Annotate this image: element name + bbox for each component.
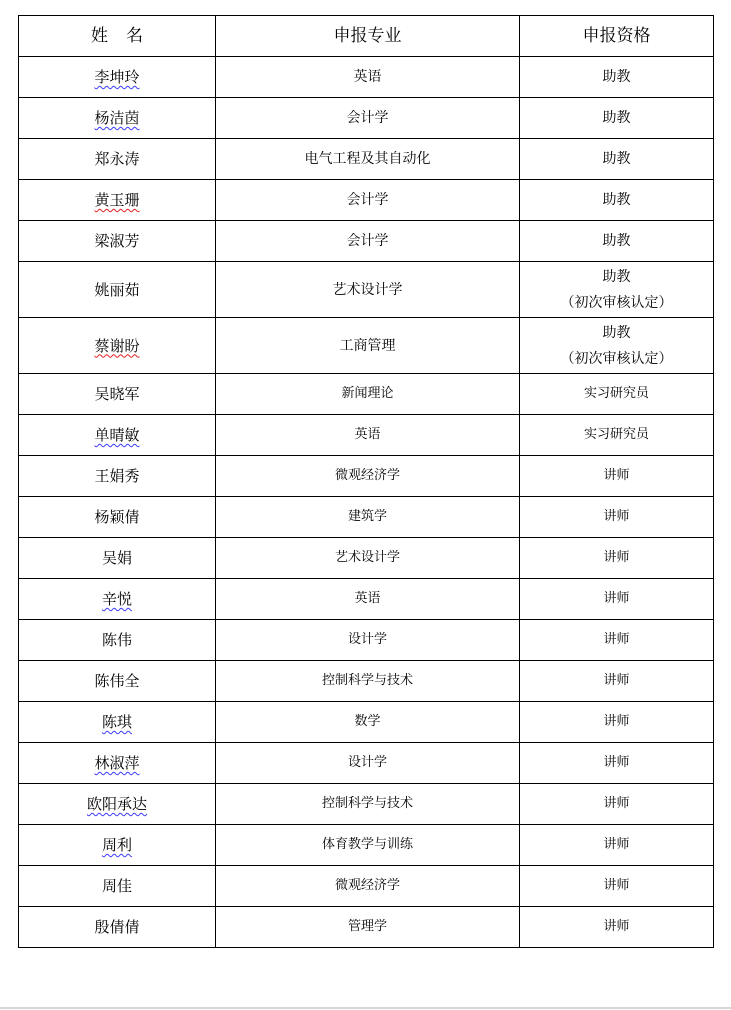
cell-major: 会计学 — [216, 98, 520, 139]
qualification-line: 助教 — [520, 146, 713, 172]
cell-major: 会计学 — [216, 180, 520, 221]
cell-qualification: 助教 — [520, 139, 714, 180]
qualification-line: 讲师 — [520, 463, 713, 489]
qualification-line: 助教 — [520, 64, 713, 90]
qualification-line: 讲师 — [520, 832, 713, 858]
cell-name: 郑永涛 — [19, 139, 216, 180]
cell-major: 管理学 — [216, 907, 520, 948]
cell-major: 数学 — [216, 702, 520, 743]
applicant-name: 吴娟 — [102, 549, 132, 567]
cell-name: 周佳 — [19, 866, 216, 907]
cell-major: 控制科学与技术 — [216, 661, 520, 702]
table-row: 陈伟全控制科学与技术讲师 — [19, 661, 714, 702]
cell-major: 新闻理论 — [216, 374, 520, 415]
header-name: 姓名 — [19, 16, 216, 57]
cell-qualification: 讲师 — [520, 456, 714, 497]
table-row: 杨洁茵会计学助教 — [19, 98, 714, 139]
header-row: 姓名 申报专业 申报资格 — [19, 16, 714, 57]
cell-qualification: 助教 — [520, 98, 714, 139]
applicant-name: 陈琪 — [102, 713, 132, 731]
cell-name: 姚丽茹 — [19, 262, 216, 318]
cell-name: 陈琪 — [19, 702, 216, 743]
qualification-line: 讲师 — [520, 586, 713, 612]
qualification-line: 助教 — [520, 320, 713, 346]
cell-name: 林淑萍 — [19, 743, 216, 784]
cell-name: 梁淑芳 — [19, 221, 216, 262]
cell-major: 会计学 — [216, 221, 520, 262]
applicant-name: 黄玉珊 — [94, 191, 139, 209]
table-row: 单晴敏英语实习研究员 — [19, 415, 714, 456]
table-row: 吴娟艺术设计学讲师 — [19, 538, 714, 579]
table-row: 殷倩倩管理学讲师 — [19, 907, 714, 948]
applicant-name: 辛悦 — [102, 590, 132, 608]
table-row: 李坤玲英语助教 — [19, 57, 714, 98]
applicant-name: 殷倩倩 — [94, 918, 139, 936]
applicant-name: 李坤玲 — [94, 68, 139, 86]
applicant-name: 蔡谢盼 — [94, 337, 139, 355]
cell-qualification: 助教（初次审核认定） — [520, 318, 714, 374]
qualification-line: 讲师 — [520, 504, 713, 530]
cell-name: 陈伟全 — [19, 661, 216, 702]
qualification-line: 讲师 — [520, 750, 713, 776]
cell-major: 艺术设计学 — [216, 262, 520, 318]
cell-major: 体育教学与训练 — [216, 825, 520, 866]
cell-qualification: 讲师 — [520, 497, 714, 538]
cell-qualification: 助教 — [520, 221, 714, 262]
cell-qualification: 实习研究员 — [520, 415, 714, 456]
cell-name: 辛悦 — [19, 579, 216, 620]
table-row: 郑永涛电气工程及其自动化助教 — [19, 139, 714, 180]
applicant-name: 周佳 — [102, 877, 132, 895]
cell-name: 吴娟 — [19, 538, 216, 579]
cell-major: 艺术设计学 — [216, 538, 520, 579]
cell-name: 陈伟 — [19, 620, 216, 661]
cell-qualification: 讲师 — [520, 620, 714, 661]
table-row: 梁淑芳会计学助教 — [19, 221, 714, 262]
cell-name: 吴晓军 — [19, 374, 216, 415]
cell-name: 李坤玲 — [19, 57, 216, 98]
applicant-name: 林淑萍 — [94, 754, 139, 772]
applicant-table: 姓名 申报专业 申报资格 李坤玲英语助教杨洁茵会计学助教郑永涛电气工程及其自动化… — [18, 15, 714, 948]
applicant-name: 陈伟 — [102, 631, 132, 649]
cell-name: 黄玉珊 — [19, 180, 216, 221]
header-major: 申报专业 — [216, 16, 520, 57]
applicant-name: 陈伟全 — [94, 672, 139, 690]
cell-major: 英语 — [216, 579, 520, 620]
cell-qualification: 讲师 — [520, 743, 714, 784]
cell-qualification: 实习研究员 — [520, 374, 714, 415]
qualification-line: 助教 — [520, 105, 713, 131]
cell-qualification: 助教（初次审核认定） — [520, 262, 714, 318]
applicant-name: 吴晓军 — [94, 385, 139, 403]
qualification-line: 讲师 — [520, 545, 713, 571]
cell-qualification: 讲师 — [520, 538, 714, 579]
table-row: 陈琪数学讲师 — [19, 702, 714, 743]
cell-qualification: 讲师 — [520, 866, 714, 907]
qualification-line: （初次审核认定） — [520, 290, 713, 316]
cell-name: 杨颖倩 — [19, 497, 216, 538]
cell-name: 殷倩倩 — [19, 907, 216, 948]
qualification-line: 讲师 — [520, 914, 713, 940]
qualification-line: 讲师 — [520, 791, 713, 817]
cell-name: 杨洁茵 — [19, 98, 216, 139]
cell-major: 微观经济学 — [216, 866, 520, 907]
cell-major: 工商管理 — [216, 318, 520, 374]
applicant-name: 郑永涛 — [94, 150, 139, 168]
cell-major: 设计学 — [216, 743, 520, 784]
cell-major: 英语 — [216, 57, 520, 98]
cell-qualification: 助教 — [520, 57, 714, 98]
cell-qualification: 讲师 — [520, 907, 714, 948]
qualification-line: 实习研究员 — [520, 422, 713, 448]
qualification-line: 助教 — [520, 264, 713, 290]
cell-major: 英语 — [216, 415, 520, 456]
cell-major: 微观经济学 — [216, 456, 520, 497]
applicant-name: 杨颖倩 — [94, 508, 139, 526]
table-row: 吴晓军新闻理论实习研究员 — [19, 374, 714, 415]
applicant-name: 欧阳承达 — [87, 795, 147, 813]
applicant-name: 王娟秀 — [94, 467, 139, 485]
cell-qualification: 讲师 — [520, 702, 714, 743]
qualification-line: 讲师 — [520, 709, 713, 735]
table-row: 陈伟设计学讲师 — [19, 620, 714, 661]
applicant-name: 梁淑芳 — [94, 232, 139, 250]
cell-qualification: 讲师 — [520, 661, 714, 702]
qualification-line: 助教 — [520, 228, 713, 254]
header-qualification: 申报资格 — [520, 16, 714, 57]
applicant-name: 杨洁茵 — [94, 109, 139, 127]
qualification-line: （初次审核认定） — [520, 346, 713, 372]
page-edge-divider — [0, 1007, 731, 1009]
table-row: 姚丽茹艺术设计学助教（初次审核认定） — [19, 262, 714, 318]
table-row: 周佳微观经济学讲师 — [19, 866, 714, 907]
qualification-line: 讲师 — [520, 668, 713, 694]
table-row: 蔡谢盼工商管理助教（初次审核认定） — [19, 318, 714, 374]
qualification-line: 讲师 — [520, 873, 713, 899]
table-row: 林淑萍设计学讲师 — [19, 743, 714, 784]
cell-name: 蔡谢盼 — [19, 318, 216, 374]
cell-name: 周利 — [19, 825, 216, 866]
table-row: 杨颖倩建筑学讲师 — [19, 497, 714, 538]
table-row: 黄玉珊会计学助教 — [19, 180, 714, 221]
cell-major: 建筑学 — [216, 497, 520, 538]
cell-name: 欧阳承达 — [19, 784, 216, 825]
cell-major: 控制科学与技术 — [216, 784, 520, 825]
qualification-line: 实习研究员 — [520, 381, 713, 407]
table-row: 辛悦英语讲师 — [19, 579, 714, 620]
cell-major: 电气工程及其自动化 — [216, 139, 520, 180]
table-row: 欧阳承达控制科学与技术讲师 — [19, 784, 714, 825]
qualification-line: 讲师 — [520, 627, 713, 653]
table-row: 周利体育教学与训练讲师 — [19, 825, 714, 866]
cell-qualification: 讲师 — [520, 784, 714, 825]
applicant-name: 周利 — [102, 836, 132, 854]
cell-qualification: 讲师 — [520, 579, 714, 620]
cell-qualification: 助教 — [520, 180, 714, 221]
applicant-name: 姚丽茹 — [94, 281, 139, 299]
table-row: 王娟秀微观经济学讲师 — [19, 456, 714, 497]
cell-qualification: 讲师 — [520, 825, 714, 866]
applicant-name: 单晴敏 — [94, 426, 139, 444]
cell-name: 王娟秀 — [19, 456, 216, 497]
cell-name: 单晴敏 — [19, 415, 216, 456]
cell-major: 设计学 — [216, 620, 520, 661]
qualification-line: 助教 — [520, 187, 713, 213]
